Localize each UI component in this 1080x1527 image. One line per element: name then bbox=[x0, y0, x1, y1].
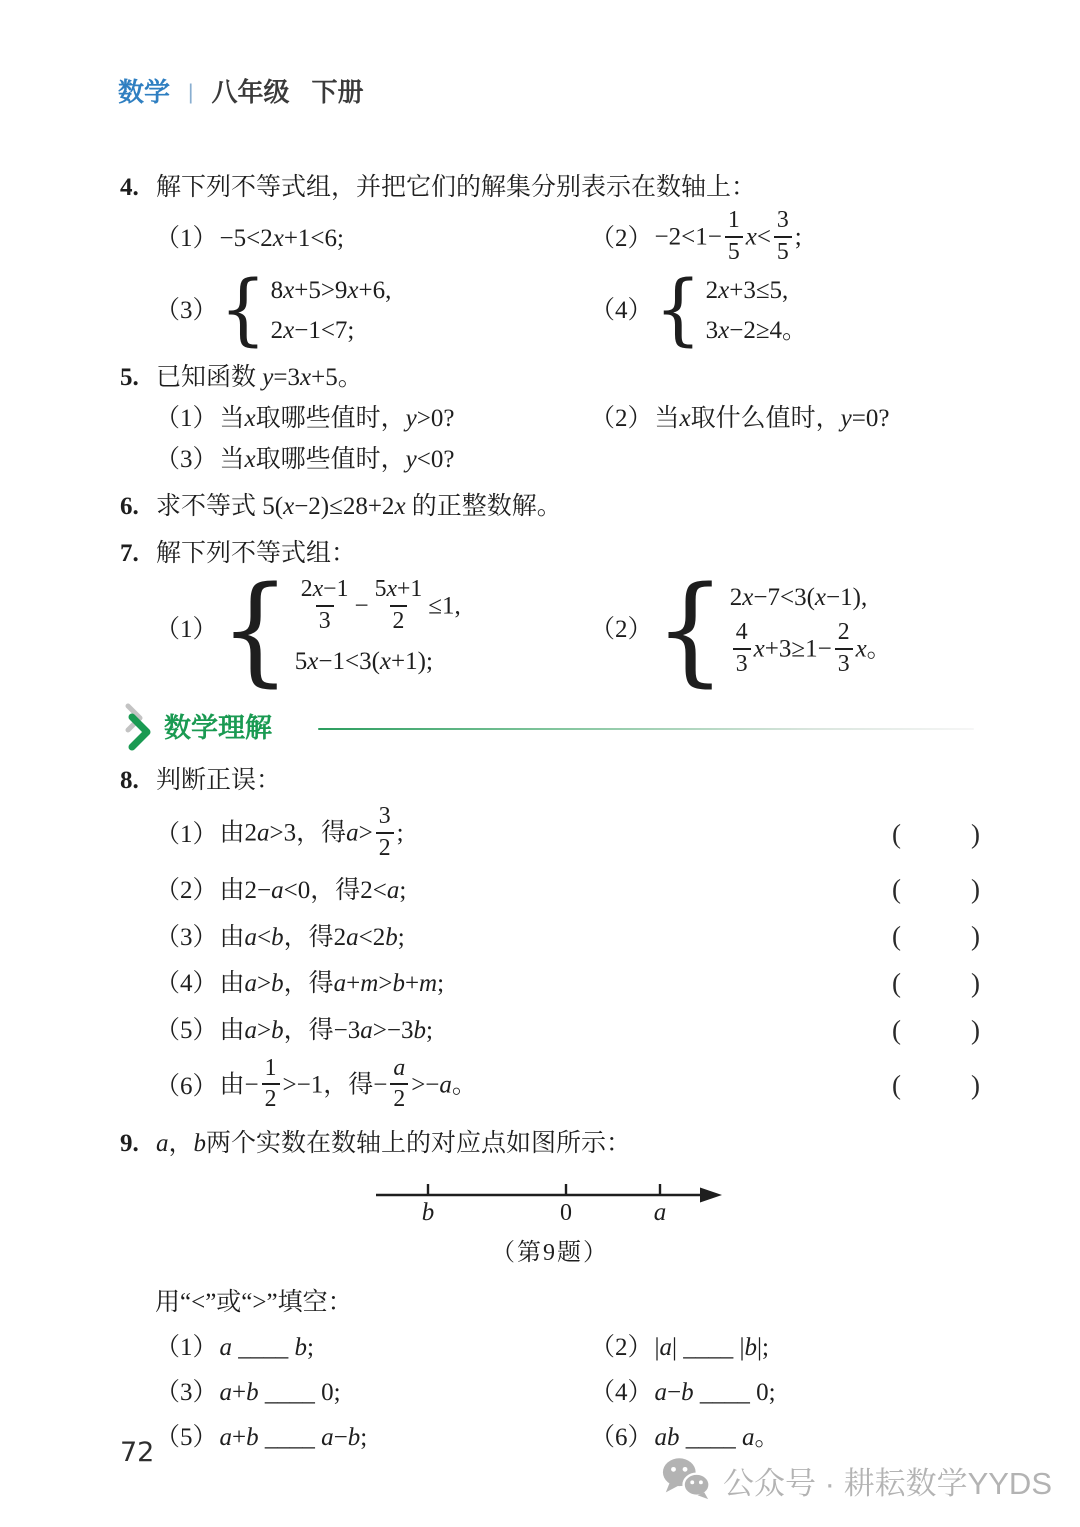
system-line: 8x+5>9x+6, bbox=[271, 273, 392, 308]
figure-caption: （第9题） bbox=[370, 1237, 730, 1271]
problem-4-row-2: （3） { 8x+5>9x+6, 2x−1<7; （4） { 2x+3≤5, 3… bbox=[120, 273, 980, 348]
paren-close: ) bbox=[971, 871, 980, 909]
problem-number: 9. bbox=[120, 1126, 156, 1161]
problem-title: 解下列不等式组，并把它们的解集分别表示在数轴上： bbox=[156, 170, 980, 205]
problem-9-fill-row-1: （1） a ____ b; （2） |a| ____ |b|; bbox=[120, 1330, 980, 1365]
paren-open: ( bbox=[892, 918, 901, 956]
answer-parentheses: () bbox=[892, 918, 980, 956]
item-label: （2） bbox=[590, 1330, 653, 1365]
fill-item-2: （2） |a| ____ |b|; bbox=[590, 1330, 980, 1365]
problem-4-item-2: （2） −2<1−15x<35; bbox=[590, 211, 980, 267]
item-math: 当x取哪些值时，y>0? bbox=[220, 401, 455, 436]
page-number: 72 bbox=[120, 1434, 154, 1472]
item-math: 由a<b，得2a<2b; bbox=[220, 920, 405, 955]
item-math: 由−12>−1，得−a2>−a。 bbox=[220, 1059, 477, 1115]
inequality-system: { 8x+5>9x+6, 2x−1<7; bbox=[220, 273, 392, 348]
problem-9-title: 9. a，b两个实数在数轴上的对应点如图所示： bbox=[120, 1126, 980, 1161]
wechat-icon bbox=[661, 1456, 711, 1511]
problem-4-item-4: （4） { 2x+3≤5, 3x−2≥4。 bbox=[590, 273, 980, 348]
item-math: 由2−a<0，得2<a; bbox=[220, 873, 407, 908]
system-brace: { bbox=[655, 574, 726, 686]
inequality-system: { 2x−13−5x+12≤1, 5x−1<3(x+1); bbox=[220, 577, 461, 683]
system-brace: { bbox=[220, 273, 267, 347]
system-line: 2x−7<3(x−1), bbox=[730, 580, 892, 615]
system-brace: { bbox=[655, 273, 702, 347]
problem-5-item-1: （1） 当x取哪些值时，y>0? bbox=[155, 401, 590, 436]
item-label: （5） bbox=[155, 1013, 218, 1048]
problem-title: a，b两个实数在数轴上的对应点如图所示： bbox=[156, 1126, 980, 1161]
problem-number: 6. bbox=[120, 489, 156, 524]
item-label: （4） bbox=[155, 966, 218, 1001]
item-label: （5） bbox=[155, 1420, 218, 1455]
paren-close: ) bbox=[971, 918, 980, 956]
paren-open: ( bbox=[892, 1067, 901, 1105]
header-grade: 八年级 bbox=[211, 74, 289, 110]
item-math: |a| ____ |b|; bbox=[655, 1330, 769, 1365]
page-content: 4. 解下列不等式组，并把它们的解集分别表示在数轴上： （1） −5<2x+1<… bbox=[120, 170, 980, 1455]
textbook-page: 数学 | 八年级 下册 4. 解下列不等式组，并把它们的解集分别表示在数轴上： … bbox=[0, 0, 1080, 1527]
item-label: （4） bbox=[590, 1375, 653, 1410]
item-math: a+b ____ a−b; bbox=[220, 1420, 368, 1455]
item-label: （1） bbox=[155, 401, 218, 436]
problem-number: 8. bbox=[120, 763, 156, 798]
problem-title: 求不等式 5(x−2)≤28+2x 的正整数解。 bbox=[156, 489, 980, 524]
problem-4-item-1: （1） −5<2x+1<6; bbox=[155, 221, 590, 256]
paren-open: ( bbox=[892, 1012, 901, 1050]
paren-close: ) bbox=[971, 816, 980, 854]
fill-instruction-text: 用“<”或“>”填空： bbox=[155, 1285, 353, 1320]
item-label: （1） bbox=[155, 817, 218, 852]
item-label: （3） bbox=[155, 1375, 218, 1410]
problem-number: 4. bbox=[120, 170, 156, 205]
problem-number: 5. bbox=[120, 360, 156, 395]
inequality-system: { 2x+3≤5, 3x−2≥4。 bbox=[655, 273, 808, 348]
section-title: 数学理解 bbox=[164, 710, 272, 748]
item-label: （4） bbox=[590, 293, 653, 328]
label-a: a bbox=[654, 1199, 667, 1225]
item-label: （2） bbox=[590, 612, 653, 647]
item-math: a ____ b; bbox=[220, 1330, 314, 1365]
section-header: 数学理解 bbox=[120, 703, 980, 755]
problem-8-item-3: （3）由a<b，得2a<2b; () bbox=[120, 918, 980, 956]
label-b: b bbox=[422, 1199, 435, 1225]
problem-number: 7. bbox=[120, 536, 156, 571]
problem-8-item-6: （6）由−12>−1，得−a2>−a。 () bbox=[120, 1059, 980, 1115]
answer-parentheses: () bbox=[892, 965, 980, 1003]
answer-parentheses: () bbox=[892, 816, 980, 854]
problem-title: 判断正误： bbox=[156, 763, 980, 798]
problem-8-item-5: （5）由a>b，得−3a>−3b; () bbox=[120, 1012, 980, 1050]
system-line: 2x−13−5x+12≤1, bbox=[295, 580, 461, 636]
item-label: （2） bbox=[590, 221, 653, 256]
problem-8-item-1: （1）由2a>3，得a>32; () bbox=[120, 807, 980, 863]
item-label: （1） bbox=[155, 221, 218, 256]
problem-8-title: 8. 判断正误： bbox=[120, 763, 980, 798]
paren-close: ) bbox=[971, 1012, 980, 1050]
problem-4-item-3: （3） { 8x+5>9x+6, 2x−1<7; bbox=[155, 273, 590, 348]
system-brace: { bbox=[220, 574, 291, 686]
system-line: 3x−2≥4。 bbox=[706, 313, 807, 348]
problem-6: 6. 求不等式 5(x−2)≤28+2x 的正整数解。 bbox=[120, 489, 980, 524]
page-header: 数学 | 八年级 下册 bbox=[118, 74, 364, 110]
section-chevron-icon bbox=[120, 703, 162, 755]
item-label: （3） bbox=[155, 442, 218, 477]
number-line: b 0 a bbox=[370, 1175, 730, 1225]
item-label: （2） bbox=[155, 873, 218, 908]
problem-8-item-2: （2）由2−a<0，得2<a; () bbox=[120, 871, 980, 909]
item-math: a+b ____ 0; bbox=[220, 1375, 341, 1410]
problem-7-row: （1） { 2x−13−5x+12≤1, 5x−1<3(x+1); （2） { … bbox=[120, 577, 980, 683]
paren-close: ) bbox=[971, 1067, 980, 1105]
item-math: −2<1−15x<35; bbox=[655, 211, 802, 267]
item-math: 当x取哪些值时，y<0? bbox=[220, 442, 455, 477]
item-label: （2） bbox=[590, 401, 653, 436]
inequality-system: { 2x−7<3(x−1), 43x+3≥1−23x。 bbox=[655, 577, 892, 683]
item-math: a−b ____ 0; bbox=[655, 1375, 776, 1410]
item-label: （3） bbox=[155, 293, 218, 328]
answer-parentheses: () bbox=[892, 871, 980, 909]
item-label: （6） bbox=[590, 1420, 653, 1455]
answer-parentheses: () bbox=[892, 1012, 980, 1050]
paren-open: ( bbox=[892, 871, 901, 909]
item-label: （1） bbox=[155, 612, 218, 647]
problem-5-item-2: （2） 当x取什么值时，y=0? bbox=[590, 401, 980, 436]
problem-9-fill-row-2: （3） a+b ____ 0; （4） a−b ____ 0; bbox=[120, 1375, 980, 1410]
item-label: （3） bbox=[155, 920, 218, 955]
problem-9-fill-row-3: （5） a+b ____ a−b; （6） ab ____ a。 bbox=[120, 1420, 980, 1455]
watermark-text: 公众号 · 耕耘数学YYDS bbox=[723, 1462, 1052, 1505]
problem-5-title: 5. 已知函数 y=3x+5。 bbox=[120, 360, 980, 395]
problem-5-item-3: （3） 当x取哪些值时，y<0? bbox=[120, 442, 980, 477]
item-label: （6） bbox=[155, 1069, 218, 1104]
item-label: （1） bbox=[155, 1330, 218, 1365]
paren-close: ) bbox=[971, 965, 980, 1003]
problem-7-item-1: （1） { 2x−13−5x+12≤1, 5x−1<3(x+1); bbox=[155, 577, 590, 683]
problem-5-row-1: （1） 当x取哪些值时，y>0? （2） 当x取什么值时，y=0? bbox=[120, 401, 980, 436]
fill-instruction: 用“<”或“>”填空： bbox=[120, 1285, 980, 1320]
system-line: 2x−1<7; bbox=[271, 313, 392, 348]
fill-item-4: （4） a−b ____ 0; bbox=[590, 1375, 980, 1410]
header-divider: | bbox=[188, 78, 193, 107]
watermark: 公众号 · 耕耘数学YYDS bbox=[661, 1456, 1052, 1511]
section-rule bbox=[318, 728, 974, 730]
header-subject: 数学 bbox=[118, 74, 170, 110]
item-math: 由a>b，得a+m>b+m; bbox=[220, 966, 445, 1001]
item-math: 当x取什么值时，y=0? bbox=[655, 401, 890, 436]
fill-item-6: （6） ab ____ a。 bbox=[590, 1420, 980, 1455]
problem-4-title: 4. 解下列不等式组，并把它们的解集分别表示在数轴上： bbox=[120, 170, 980, 205]
item-math: 由2a>3，得a>32; bbox=[220, 807, 404, 863]
item-math: ab ____ a。 bbox=[655, 1420, 780, 1455]
problem-8-item-4: （4）由a>b，得a+m>b+m; () bbox=[120, 965, 980, 1003]
system-line: 5x−1<3(x+1); bbox=[295, 644, 461, 679]
item-math: −5<2x+1<6; bbox=[220, 221, 344, 256]
fill-item-1: （1） a ____ b; bbox=[155, 1330, 590, 1365]
problem-title: 已知函数 y=3x+5。 bbox=[156, 360, 980, 395]
paren-open: ( bbox=[892, 965, 901, 1003]
problem-7-item-2: （2） { 2x−7<3(x−1), 43x+3≥1−23x。 bbox=[590, 577, 980, 683]
fill-item-3: （3） a+b ____ 0; bbox=[155, 1375, 590, 1410]
header-volume: 下册 bbox=[312, 74, 364, 110]
system-line: 43x+3≥1−23x。 bbox=[730, 623, 892, 679]
arrowhead-icon bbox=[700, 1188, 722, 1203]
answer-parentheses: () bbox=[892, 1067, 980, 1105]
system-line: 2x+3≤5, bbox=[706, 273, 807, 308]
item-math: 由a>b，得−3a>−3b; bbox=[220, 1013, 433, 1048]
paren-open: ( bbox=[892, 816, 901, 854]
problem-4-row-1: （1） −5<2x+1<6; （2） −2<1−15x<35; bbox=[120, 211, 980, 267]
number-line-figure: b 0 a bbox=[370, 1175, 730, 1235]
label-0: 0 bbox=[560, 1200, 572, 1225]
fill-item-5: （5） a+b ____ a−b; bbox=[155, 1420, 590, 1455]
